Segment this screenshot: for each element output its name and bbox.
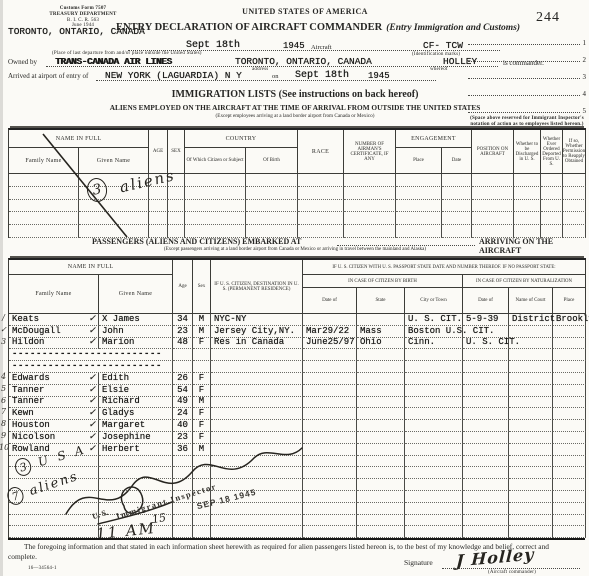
airport-of-entry: NEW YORK (LAGUARDIA) N Y: [105, 70, 242, 81]
passenger-cell-dest: [211, 408, 303, 420]
crew-cell: [514, 187, 541, 200]
passenger-cell-bcity: U. S. CIT.: [405, 314, 463, 326]
col-citizen-of: Of Which Citizen or Subject: [185, 148, 246, 174]
crew-cell: [298, 187, 344, 200]
passenger-cell-ncourt: District: [509, 314, 553, 326]
passenger-cell-ndate: 5-9-39: [463, 314, 509, 326]
passenger-cell-bcity: [405, 444, 463, 456]
crew-cell: [563, 212, 586, 225]
crew-cell: [563, 200, 586, 213]
passenger-cell: [509, 491, 553, 503]
crew-cell: [396, 212, 442, 225]
passenger-cell-dest: Jersey City,NY.: [211, 326, 303, 338]
col-birth-city: City or Town: [405, 288, 463, 314]
passenger-cell-dest: [211, 373, 303, 385]
crew-cell: [298, 174, 344, 187]
passenger-cell: [509, 456, 553, 468]
passenger-cell-bcity: Cinn.: [405, 338, 463, 350]
crew-cell: [344, 174, 396, 187]
passenger-cell-bstate: Mass: [357, 326, 405, 338]
crew-cell: [442, 225, 472, 238]
passenger-cell-age: 40: [173, 420, 193, 432]
passenger-cell: [193, 361, 211, 373]
passenger-cell-age: 24: [173, 408, 193, 420]
family-name: Houston: [12, 421, 50, 430]
passenger-cell-age: 26: [173, 373, 193, 385]
passenger-cell: [405, 479, 463, 491]
passenger-cell-nplace: [553, 444, 586, 456]
passenger-cell-nplace: [553, 326, 586, 338]
passenger-cell-age: 48: [173, 338, 193, 350]
crew-cell: [472, 200, 514, 213]
passenger-cell: [463, 515, 509, 527]
passengers-title-right: ARRIVING ON THE AIRCRAFT: [479, 237, 589, 255]
passenger-cell: [509, 349, 553, 361]
passenger-cell-ndate: [463, 432, 509, 444]
checkmark: ✓: [88, 421, 96, 430]
col-destination: If U. S. Citizen, Destination in U. S. (…: [211, 260, 303, 314]
passenger-cell-ndate: [463, 385, 509, 397]
family-name: Tanner: [12, 386, 44, 395]
passenger-cell-bdate: [303, 314, 357, 326]
col-deported: Whether Ever Ordered Deported From U. S.: [541, 130, 563, 174]
owned-by-label: Owned by: [8, 58, 37, 66]
passenger-cell: [173, 361, 193, 373]
passenger-cell: [357, 515, 405, 527]
passenger-cell-nplace: [553, 373, 586, 385]
passenger-cell: [509, 515, 553, 527]
crew-cell: [246, 187, 298, 200]
passenger-cell: [211, 349, 303, 361]
passenger-cell-dest: [211, 385, 303, 397]
passenger-cell-ncourt: [509, 373, 553, 385]
crew-cell: [396, 200, 442, 213]
crew-cell: [563, 174, 586, 187]
passenger-cell: [553, 479, 586, 491]
inspector-line: 2: [468, 61, 580, 62]
passenger-cell-nplace: [553, 397, 586, 409]
passenger-cell-given: X James: [99, 314, 173, 326]
checkmark: ✓: [88, 374, 96, 383]
circled-alien-count: 3: [85, 176, 109, 203]
passenger-family-cell: Keats✓: [9, 314, 99, 326]
passenger-cell: [553, 503, 586, 515]
crew-exception-note: (Except employees arriving at a land bor…: [100, 113, 490, 119]
passenger-cell: [357, 349, 405, 361]
passenger-cell-sex: M: [193, 326, 211, 338]
passenger-exception-note: (Except passengers arriving at a land bo…: [80, 247, 510, 252]
col-passport-group: If U. S. Citizen With U. S. Passport Sta…: [303, 260, 586, 275]
passenger-cell-bcity: [405, 432, 463, 444]
passenger-cell-bstate: Ohio: [357, 338, 405, 350]
passenger-cell: [553, 526, 586, 538]
checkmark: ✓: [88, 409, 96, 418]
passenger-cell-bdate: [303, 397, 357, 409]
crew-cell: [472, 174, 514, 187]
row-margin-mark: 7: [0, 407, 8, 416]
passengers-title-left: PASSENGERS (ALIENS AND CITIZENS) EMBARKE…: [92, 237, 301, 246]
immigration-lists-title: IMMIGRATION LISTS (See instructions on b…: [60, 89, 530, 100]
crew-cell: [563, 187, 586, 200]
passenger-cell: [357, 491, 405, 503]
passenger-cell-bstate: [357, 385, 405, 397]
crew-cell: [541, 174, 563, 187]
row-margin-mark: 5: [0, 384, 8, 393]
passenger-cell: [553, 515, 586, 527]
crew-cell: [514, 200, 541, 213]
passenger-cell-dest: Res in Canada: [211, 338, 303, 350]
row-margin-mark: 6: [0, 396, 8, 405]
crew-cell: [185, 200, 246, 213]
row-margin-mark: 3: [0, 337, 8, 346]
crew-count-annotation: 3 aliens: [87, 178, 178, 202]
passenger-cell-nplace: [553, 432, 586, 444]
passenger-cell: [405, 467, 463, 479]
passenger-cell: [173, 349, 193, 361]
passenger-cell-age: 49: [173, 397, 193, 409]
passenger-cell: [553, 467, 586, 479]
row-margin-mark: 9: [0, 431, 8, 440]
passenger-cell-ncourt: [509, 420, 553, 432]
passenger-cell-dest: NYC-NY: [211, 314, 303, 326]
passenger-cell-given: Marion: [99, 338, 173, 350]
passenger-cell-nplace: [553, 408, 586, 420]
col-citizen-by-birth: In Case of Citizen by Birth: [303, 275, 463, 288]
passenger-family-cell: Tanner✓: [9, 397, 99, 409]
circled-alien-count: 7: [5, 485, 26, 507]
passenger-cell-ncourt: [509, 444, 553, 456]
country-title: UNITED STATES OF AMERICA: [150, 7, 460, 16]
passenger-cell-ncourt: [509, 385, 553, 397]
passenger-cell-bstate: [357, 397, 405, 409]
passenger-family-cell: McDougall✓: [9, 326, 99, 338]
address-label: address: [252, 67, 268, 73]
passenger-cell-ndate: [463, 397, 509, 409]
passenger-cell-given: Margaret: [99, 420, 173, 432]
passenger-cell-bcity: [405, 397, 463, 409]
main-title-suffix: (Entry Immigration and Customs): [386, 23, 520, 33]
passenger-cell: [509, 467, 553, 479]
crew-cell: [514, 174, 541, 187]
departure-date: Sept 18th: [186, 40, 240, 51]
passenger-cell: [405, 456, 463, 468]
checkmark: ✓: [88, 327, 96, 336]
document-number: 244: [536, 10, 560, 26]
col-permission: If so, Whether Permission to Reapply Obt…: [563, 130, 586, 174]
col-citizen-by-naturalization: In Case of Citizen by Naturalization: [463, 275, 586, 288]
passenger-cell: [357, 467, 405, 479]
passenger-cell: [463, 479, 509, 491]
passenger-cell-sex: M: [193, 314, 211, 326]
form-print-ref: 16—34564-1: [28, 566, 57, 572]
col-given-name: Given Name: [99, 275, 173, 314]
passenger-cell-ndate: [463, 420, 509, 432]
crew-cell: [344, 187, 396, 200]
passenger-cell-given: Edith: [99, 373, 173, 385]
signature-label: Signature: [404, 558, 433, 567]
passenger-cell-sex: F: [193, 408, 211, 420]
passenger-cell-bdate: [303, 420, 357, 432]
passenger-cell-sex: F: [193, 420, 211, 432]
passenger-cell-bstate: [357, 420, 405, 432]
passenger-cell-nplace: [553, 385, 586, 397]
passenger-cell-bcity: [405, 408, 463, 420]
passenger-cell-ncourt: [509, 432, 553, 444]
signature-caption: (Aircraft commander): [452, 570, 572, 576]
checkmark: ✓: [88, 338, 96, 347]
passenger-cell-nplace: Brooklyn: [553, 314, 586, 326]
checkmark: ✓: [88, 315, 96, 324]
crew-cell: [442, 212, 472, 225]
passenger-cell-sex: M: [193, 397, 211, 409]
line-number: 4: [583, 90, 587, 98]
col-race: Race: [298, 130, 344, 174]
owner-name: TRANS-CANADA AIR LINES: [55, 56, 172, 67]
footer-rule: [8, 538, 585, 540]
crew-cell: [185, 212, 246, 225]
arrival-date: Sept 18th: [295, 70, 349, 81]
arrival-year: 1945: [368, 71, 390, 81]
passenger-cell: [357, 456, 405, 468]
col-engagement-place: Place: [396, 148, 442, 174]
col-discharged: Whether to be Discharged in U. S.: [514, 130, 541, 174]
passenger-cell-bdate: [303, 408, 357, 420]
aliens-employed-subtitle: ALIENS EMPLOYED ON THE AIRCRAFT AT THE T…: [20, 103, 570, 112]
passenger-cell-dest: [211, 420, 303, 432]
passenger-cell: [509, 503, 553, 515]
passenger-cell-age: 54: [173, 385, 193, 397]
passenger-cell-bstate: [357, 314, 405, 326]
passenger-cell: [405, 526, 463, 538]
passenger-cell-nplace: [553, 338, 586, 350]
col-engagement-date: Date: [442, 148, 472, 174]
passenger-cell: [553, 361, 586, 373]
passenger-cell-ndate: U. S. CIT.: [463, 338, 509, 350]
passenger-cell-sex: F: [193, 373, 211, 385]
col-airman-certificate: Number of Airman's Certificate, if any: [344, 130, 396, 174]
col-nat-place: Place: [553, 288, 586, 314]
family-name: McDougall: [12, 327, 61, 336]
dashes-separator: -------------------------: [9, 349, 173, 361]
passenger-cell: [357, 361, 405, 373]
passenger-cell: [509, 526, 553, 538]
embarked-at-blank: [337, 245, 475, 246]
crew-cell: [442, 187, 472, 200]
passenger-cell: [463, 491, 509, 503]
crew-cell: [396, 187, 442, 200]
line-number: 5: [583, 107, 587, 115]
passenger-cell: [405, 503, 463, 515]
passenger-cell: [405, 361, 463, 373]
crew-cell: [541, 200, 563, 213]
passenger-cell-ndate: [463, 373, 509, 385]
crew-cell: [298, 212, 344, 225]
passenger-cell-given: Gladys: [99, 408, 173, 420]
col-age: Age: [173, 260, 193, 314]
passenger-cell: [553, 349, 586, 361]
inspector-line: 3: [468, 78, 580, 79]
passenger-cell-bstate: [357, 373, 405, 385]
passenger-cell: [405, 349, 463, 361]
col-name-in-full: Name in Full: [9, 260, 173, 275]
crew-cell: [442, 174, 472, 187]
inspector-stamp-zone: 3 U S A 7 aliens Immigrant Inspector U. …: [0, 446, 360, 546]
passenger-cell-bcity: [405, 385, 463, 397]
aircraft-label: Aircraft: [311, 44, 332, 51]
family-name: Hildon: [12, 338, 44, 347]
family-name: Keats: [12, 315, 39, 324]
passenger-cell-ncourt: [509, 326, 553, 338]
col-birth-state: State: [357, 288, 405, 314]
passenger-cell-ncourt: [509, 397, 553, 409]
passenger-cell-bdate: [303, 385, 357, 397]
row-margin-mark: 4: [0, 372, 8, 381]
title-block: UNITED STATES OF AMERICA: [150, 7, 460, 16]
passenger-cell: [463, 349, 509, 361]
scanned-document: Customs Form 7507 TREASURY DEPARTMENT B.…: [0, 0, 589, 576]
passenger-cell-bcity: [405, 420, 463, 432]
crew-cell: [541, 187, 563, 200]
dashes-separator: -------------------------: [9, 361, 173, 373]
col-nat-date: Date of: [463, 288, 509, 314]
col-sex: Sex: [193, 260, 211, 314]
passenger-cell: [509, 479, 553, 491]
main-title: ENTRY DECLARATION OF AIRCRAFT COMMANDER: [116, 22, 382, 33]
crew-cell: [246, 212, 298, 225]
crew-cell: [344, 225, 396, 238]
inspector-line: 1: [468, 44, 580, 45]
passenger-cell-ncourt: [509, 408, 553, 420]
passenger-cell-sex: F: [193, 338, 211, 350]
passenger-cell-ndate: [463, 326, 509, 338]
col-engagement: Engagement: [396, 130, 472, 148]
crew-cell: [168, 212, 185, 225]
crew-cell: [246, 174, 298, 187]
passenger-cell: [405, 515, 463, 527]
passenger-cell-dest: [211, 397, 303, 409]
row-margin-mark: ✓: [0, 325, 8, 334]
crew-cell: [344, 200, 396, 213]
col-country: Country: [185, 130, 298, 148]
crew-cell: [298, 225, 344, 238]
crew-cell: [246, 200, 298, 213]
passenger-cell-bdate: June25/97: [303, 338, 357, 350]
passenger-cell: [357, 503, 405, 515]
departure-year: 1945: [283, 41, 305, 51]
passenger-family-cell: Hildon✓: [9, 338, 99, 350]
line-number: 2: [583, 56, 587, 64]
passenger-family-cell: Houston✓: [9, 420, 99, 432]
passenger-cell: [553, 456, 586, 468]
passenger-cell-ndate: [463, 408, 509, 420]
col-nat-court: Name of Court: [509, 288, 553, 314]
passenger-cell-given: Elsie: [99, 385, 173, 397]
passenger-cell: [357, 479, 405, 491]
passenger-cell-bstate: [357, 408, 405, 420]
passenger-cell-age: 34: [173, 314, 193, 326]
crew-cell: [396, 174, 442, 187]
passenger-cell: [405, 491, 463, 503]
family-name: Nicolson: [12, 433, 55, 442]
passenger-cell: [303, 349, 357, 361]
circled-usa-count: 3: [13, 456, 33, 478]
passenger-cell: [211, 361, 303, 373]
family-name: Kewn: [12, 409, 34, 418]
passenger-cell-bdate: [303, 373, 357, 385]
passenger-cell-sex: F: [193, 385, 211, 397]
passenger-cell-bstate: [357, 432, 405, 444]
passenger-family-cell: Edwards✓: [9, 373, 99, 385]
passenger-cell-age: 23: [173, 326, 193, 338]
passenger-cell-ndate: [463, 444, 509, 456]
line-number: 1: [583, 39, 587, 47]
passenger-cell-bcity: Boston U.S. CIT.: [405, 326, 463, 338]
passenger-cell-nplace: [553, 420, 586, 432]
checkmark: ✓: [88, 386, 96, 395]
crew-cell: [472, 187, 514, 200]
col-birth-date: Date of: [303, 288, 357, 314]
checkmark: ✓: [88, 397, 96, 406]
passenger-cell: [509, 361, 553, 373]
arrived-label: Arrived at airport of entry of: [8, 72, 88, 80]
on-label: on: [272, 73, 279, 80]
crew-cell: [344, 212, 396, 225]
passenger-cell: [553, 491, 586, 503]
crew-cell: [472, 212, 514, 225]
passenger-cell: [193, 349, 211, 361]
passenger-cell: [463, 526, 509, 538]
passenger-cell-bcity: [405, 373, 463, 385]
crew-cell: [298, 200, 344, 213]
passenger-cell-given: Richard: [99, 397, 173, 409]
crew-cell: [185, 174, 246, 187]
col-birth-country: Of Birth: [246, 148, 298, 174]
passenger-cell: [463, 456, 509, 468]
passenger-family-cell: Tanner✓: [9, 385, 99, 397]
col-position: Position on Aircraft: [472, 130, 514, 174]
passenger-cell: [463, 467, 509, 479]
crew-cell: [442, 200, 472, 213]
crew-cell: [514, 212, 541, 225]
row-margin-mark: 8: [0, 419, 8, 428]
passenger-cell-ncourt: [509, 338, 553, 350]
line-number: 3: [583, 73, 587, 81]
passenger-cell: [357, 526, 405, 538]
crew-cell: [396, 225, 442, 238]
passenger-cell: [463, 361, 509, 373]
crew-cell: [541, 212, 563, 225]
passenger-cell-bstate: [357, 444, 405, 456]
owner-address: TORONTO, ONTARIO, CANADA: [235, 56, 372, 67]
col-family-name: Family Name: [9, 275, 99, 314]
family-name: Tanner: [12, 397, 44, 406]
passenger-cell-given: John: [99, 326, 173, 338]
row-margin-mark: /: [0, 313, 8, 322]
aircraft-id: CF- TCW: [423, 40, 463, 51]
passenger-cell: [303, 361, 357, 373]
whereof-label: whereof: [430, 67, 448, 73]
main-title-line: ENTRY DECLARATION OF AIRCRAFT COMMANDER …: [108, 17, 528, 35]
family-name: Edwards: [12, 374, 50, 383]
crew-cell: [185, 187, 246, 200]
crew-table: Name in Full Family Name Given Name Age …: [8, 128, 586, 238]
passenger-family-cell: Kewn✓: [9, 408, 99, 420]
passenger-cell-bdate: Mar29/22: [303, 326, 357, 338]
passenger-cell: [463, 503, 509, 515]
